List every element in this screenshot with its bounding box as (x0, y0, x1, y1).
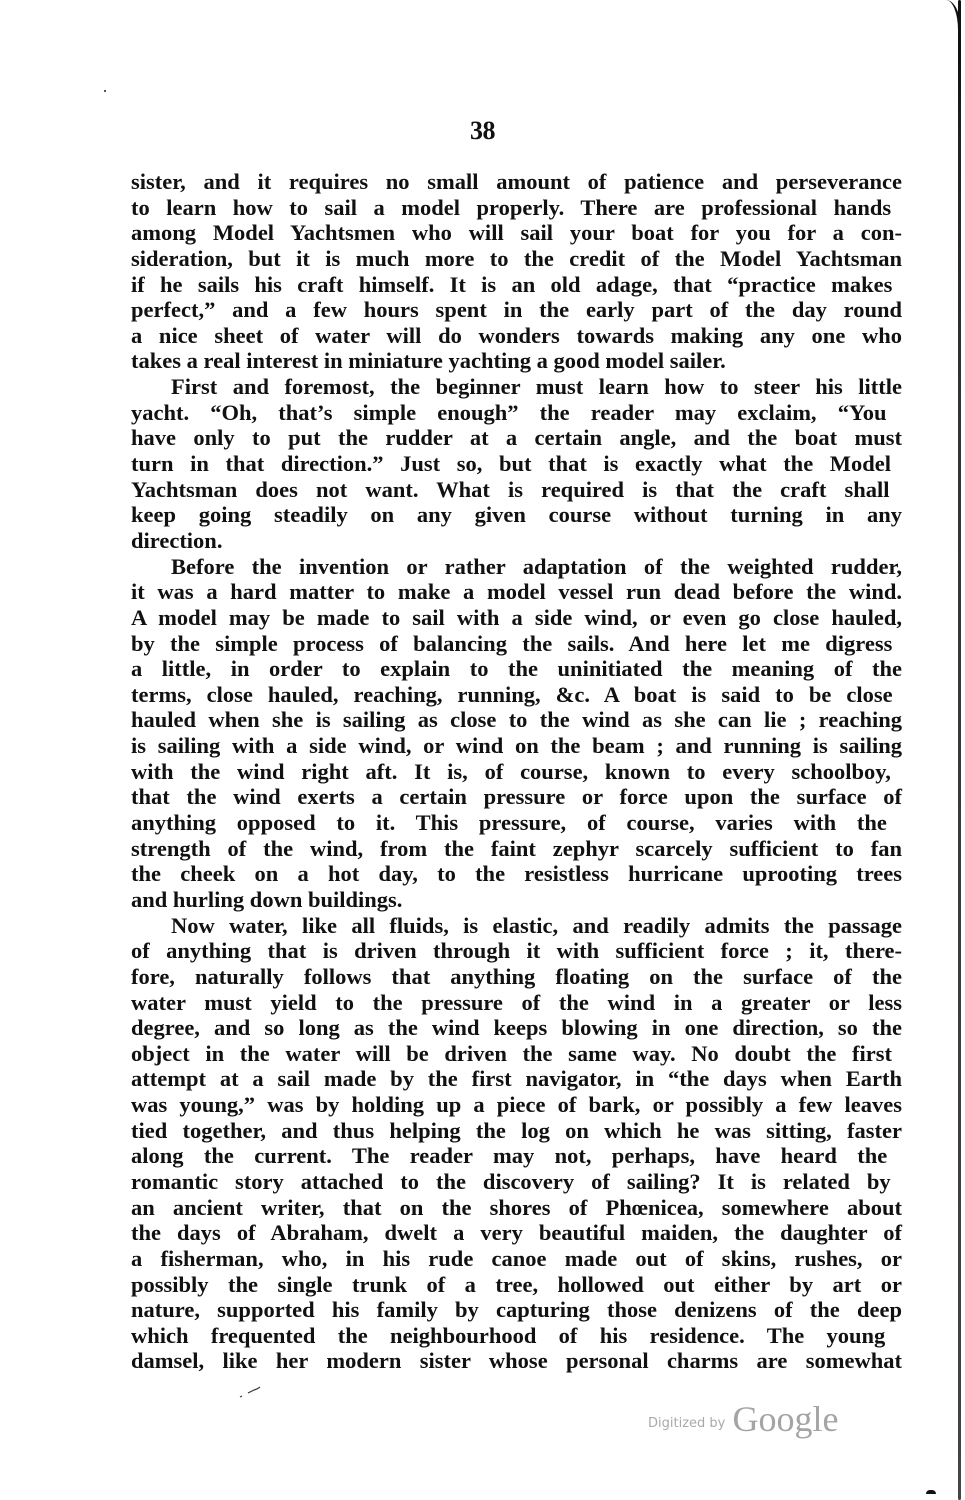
text-line: strength of the wind, from the faint zep… (131, 836, 902, 862)
text-line: the cheek on a hot day, to the resistles… (131, 861, 902, 887)
text-line: it was a hard matter to make a model ves… (131, 579, 902, 605)
text-line: water must yield to the pressure of the … (131, 990, 902, 1016)
text-line: if he sails his craft himself. It is an … (131, 272, 902, 298)
text-line: is sailing with a side wind, or wind on … (131, 733, 902, 759)
text-line: romantic story attached to the discovery… (131, 1169, 902, 1195)
page-binding-edge (958, 0, 961, 1500)
text-line: of anything that is driven through it wi… (131, 938, 902, 964)
text-line: an ancient writer, that on the shores of… (131, 1195, 902, 1221)
text-line: takes a real interest in miniature yacht… (131, 348, 902, 374)
text-line: along the current. The reader may not, p… (131, 1143, 902, 1169)
body-text: sister, and it requires no small amount … (131, 169, 902, 1374)
text-line: Yachtsman does not want. What is require… (131, 477, 902, 503)
text-line: with the wind right aft. It is, of cours… (131, 759, 902, 785)
text-line: tied together, and thus helping the log … (131, 1118, 902, 1144)
text-line: by the simple process of balancing the s… (131, 631, 902, 657)
text-line: sideration, but it is much more to the c… (131, 246, 902, 272)
ink-mark-icon (238, 1385, 268, 1399)
text-line: anything opposed to it. This pressure, o… (131, 810, 902, 836)
text-line: terms, close hauled, reaching, running, … (131, 682, 902, 708)
text-line: a little, in order to explain to the uni… (131, 656, 902, 682)
text-line: hauled when she is sailing as close to t… (131, 707, 902, 733)
scan-speck (104, 90, 106, 92)
text-line: sister, and it requires no small amount … (131, 169, 902, 195)
text-line: a nice sheet of water will do wonders to… (131, 323, 902, 349)
text-line: possibly the single trunk of a tree, hol… (131, 1272, 902, 1298)
scanned-page: 38 sister, and it requires no small amou… (0, 0, 965, 1500)
text-line: Before the invention or rather adaptatio… (131, 554, 902, 580)
watermark-prefix: Digitized by (648, 1416, 725, 1431)
text-line: a fisherman, who, in his rude canoe made… (131, 1246, 902, 1272)
text-line: perfect,” and a few hours spent in the e… (131, 297, 902, 323)
text-line: damsel, like her modern sister whose per… (131, 1348, 902, 1374)
text-line: among Model Yachtsmen who will sail your… (131, 220, 902, 246)
digitized-by-google-watermark: Digitized by Google (648, 1398, 838, 1440)
watermark-brand: Google (732, 1399, 838, 1439)
text-line: fore, naturally follows that anything fl… (131, 964, 902, 990)
text-line: yacht. “Oh, that’s simple enough” the re… (131, 400, 902, 426)
text-line: keep going steadily on any given course … (131, 502, 902, 528)
text-line: attempt at a sail made by the first navi… (131, 1066, 902, 1092)
page-number: 38 (0, 116, 965, 146)
text-line: object in the water will be driven the s… (131, 1041, 902, 1067)
text-line: A model may be made to sail with a side … (131, 605, 902, 631)
text-line: was young,” was by holding up a piece of… (131, 1092, 902, 1118)
text-line: the days of Abraham, dwelt a very beauti… (131, 1220, 902, 1246)
scan-corner-mark (926, 1490, 936, 1494)
text-line: direction. (131, 528, 902, 554)
text-line: Now water, like all fluids, is elastic, … (131, 913, 902, 939)
text-line: to learn how to sail a model properly. T… (131, 195, 902, 221)
text-line: which frequented the neighbourhood of hi… (131, 1323, 902, 1349)
text-line: First and foremost, the beginner must le… (131, 374, 902, 400)
text-line: have only to put the rudder at a certain… (131, 425, 902, 451)
text-line: nature, supported his family by capturin… (131, 1297, 902, 1323)
text-line: degree, and so long as the wind keeps bl… (131, 1015, 902, 1041)
text-line: and hurling down buildings. (131, 887, 902, 913)
text-line: turn in that direction.” Just so, but th… (131, 451, 902, 477)
text-line: that the wind exerts a certain pressure … (131, 784, 902, 810)
